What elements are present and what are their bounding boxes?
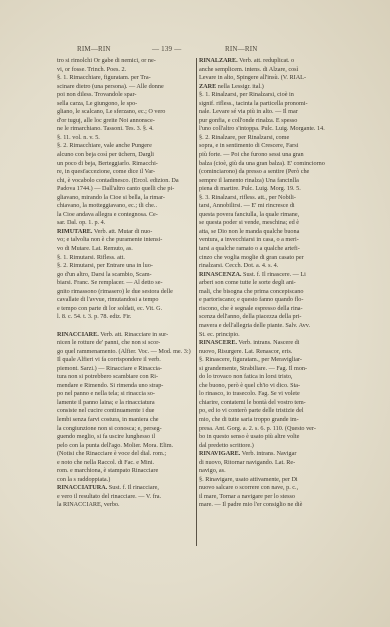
text-line: d'or tuguj, alle loc greite Noi annonsce… [57,117,194,126]
text-line: scenza dell'anno, della piacezza della p… [199,313,345,322]
text-line: RINACCIATURA. Sust. f. Il rinacciare, [57,484,194,493]
text-line: anche semplicem. intens. di Alzare, così [199,66,345,75]
text-line: l'uno coll'altro s'intoppa. Pulc. Luig. … [199,125,345,134]
text-line: questa povera fanciulla, la quale rimane… [199,211,345,220]
text-line: RIMUTARE. Verb. att. Mutar di nuo- [57,228,194,237]
text-line: do lo trovaco non fatica in lorsi tristo… [199,373,345,382]
text-line: nicen le rotture de' panni, che non si s… [57,339,194,348]
text-line: rom. e marchiona, è stampato Rinacciare [57,467,194,476]
text-line: la Cioe andava allegra e contegnosa. Ce- [57,211,194,220]
text-line: atta, se Dio non le manda qualche buona [199,228,345,237]
text-line: mali, che bisogna che prima concepiscano [199,288,345,297]
text-line: arberi son come tutte le sorte degli ani… [199,279,345,288]
text-line: gliano, le scalcano, Le sferzano, ec.; O… [57,108,194,117]
text-line: po, ed io vi conterò parte delle tristiz… [199,407,345,416]
text-line: la congiunzione non si conosca; e, perse… [57,425,194,434]
text-line: sella carza, Le giungono, le spo- [57,100,194,109]
text-line: rinalzarsi. Cecch. Dot. a. 4. s. 4. [199,262,345,271]
text-line: RINALZARE. Verb. att. reduplicat. o [199,57,345,66]
headword: ZARE [199,83,216,90]
text-line: balza (cioè, giù da una gran balza). E' … [199,160,345,169]
text-line: RINASCERE. Verb. intrans. Nascere di [199,339,345,348]
text-line: guendo meglio, si fa uscire lunghesso il [57,433,194,442]
text-line: l. 8. c. 54. t. 3. p. 78. ediz. Fir. [57,313,194,322]
text-line: St. ec. principio. [199,331,345,340]
headword: RINALZARE. [199,57,238,64]
text-line: ventura, a invecchiarsi in casa, o a mer… [199,236,345,245]
text-line: chiavano, la motteggiavano, ec.; tli che… [57,202,194,211]
text-line: mare. — Il padre mio l'er consiglio ne d… [199,501,345,510]
text-line: riscono, che è segnale espresso della ri… [199,305,345,314]
text-line: si grandemente, Strabiliare. — Fag. Il m… [199,365,345,374]
text-line: il mare, Tornar a navigare per lo stesso [199,493,345,502]
text-line: go d'un altro, Darsi la scambio, Scam- [57,271,194,280]
dictionary-page: RIM—RIN — 139 — RIN—RIN tro si rimolchi … [0,0,390,627]
text-line: e partoriscano; e questo fanno quando fl… [199,296,345,305]
text-line: §. 2. Rimutarsi, per Entrare una in luo- [57,262,194,271]
left-column: tro si rimolchi Or gabe di nemici, or ne… [57,57,194,510]
text-line: pur gonfia, e coll'onde rinalza. E spess… [199,117,345,126]
text-line: alcuno con beja così per üchern, Dargli [57,151,194,160]
text-line: Il quale Alfieri vi fa corrispondere il … [57,356,194,365]
text-line: RINAVIGARE. Verb. intrans. Navigar [199,450,345,459]
text-line: nuovo, Risurgere. Lat. Renascor, eris. [199,348,345,357]
header-right-guide-words: RIN—RIN [225,45,258,53]
headword: RINAVIGARE. [199,450,240,457]
text-line: vo di Mutare. Lat. Remuto, as. [57,245,194,254]
text-line: e vero il resultato del rinacciare. — V.… [57,493,194,502]
text-line: Padova 1744.) — Dall'altro canto quelli … [57,185,194,194]
text-line: (cominciarono) da presso a sentire (Però… [199,168,345,177]
headword: RINASCERE. [199,339,237,346]
text-line: poi non diless. Trovandole spar- [57,91,194,100]
headword: RINACCIATURA. [57,484,107,491]
text-line: §. 3. Rinalzarsi, rifless. att., per Nob… [199,194,345,203]
text-line: §. 1. Rinalzarsi, per Rinalzarsi, cioè i… [199,91,345,100]
text-line: ZARE nella Lessigr. ital.) [199,83,345,92]
text-line: biarsi. Franc. Se remplacer. — Al detto … [57,279,194,288]
text-line: nuovo salcare o scorrere con nave, p. c.… [199,484,345,493]
text-line: mendare e Rimendo. Si rimenda uno strap- [57,382,194,391]
column-divider [196,58,197,546]
text-line: RINASCENZA. Sust. f. Il rinascere. — Li [199,271,345,280]
text-line: chiarire, contatemi le bontà del vostro … [199,399,345,408]
right-column: RINALZARE. Verb. att. reduplicat. oanche… [199,57,345,510]
text-line: lembi senza farvi costura, in maniera ch… [57,416,194,425]
text-line: re, in quest'accezione, come dice il Var… [57,168,194,177]
text-line: sopra, e in sentimento di Crescere, Fars… [199,142,345,151]
text-line: la RINACCIARE, verbo. [57,501,194,510]
text-line: con la s raddoppiata.) [57,476,194,485]
text-line: mio, che di tutte saria troppo grande im… [199,416,345,425]
text-line: gliavano, mirando la Cioe si bella, la r… [57,194,194,203]
text-line: go quel rammenamento. (Alfier. Voc. — Mo… [57,348,194,357]
text-line: dal predetto scrittore.) [199,442,345,451]
text-line: §. 2. Rinalzare, per Rinalzarsi, come [199,134,345,143]
text-line: e noto che nella Raccol. di Fac. e Mini. [57,459,194,468]
text-line: cavallate di l'avvue, rimutandosi a temp… [57,296,194,305]
text-line: Levare in alto, Spingere all'insù. (V. R… [199,74,345,83]
text-line: RINACCIARE. Verb. att. Rinacciare in sur… [57,331,194,340]
text-line: bo in questo senso è usato più altre vol… [199,433,345,442]
text-line: nale. Levare sé via più in alto. — Il ma… [199,108,345,117]
text-line: vo; e talvolta non è che puramente inten… [57,236,194,245]
text-line: navigo, as. [199,467,345,476]
text-line: tarsi a qualche ramato o a qualche artef… [199,245,345,254]
text-line: sar. Dal. op. 1. p. 4. [57,219,194,228]
text-line: §. 11. vol. n. v. 5. [57,134,194,143]
text-line: tura non si potrebbero scambiare con Ri- [57,373,194,382]
text-line: pelo con la punta dell'ago. Molier. Mora… [57,442,194,451]
text-line: lo rinasco, io trasecolo. Fag. Se vi vol… [199,390,345,399]
text-line: (Notisi che Rinacciare è voce del dial. … [57,450,194,459]
text-line: ne le rimarchiano. Tassoni. Tes. 3. §. 4… [57,125,194,134]
headword: RINASCENZA. [199,271,241,278]
page-number: — 139 — [152,45,181,53]
text-line: tro si rimolchi Or gabe di nemici, or ne… [57,57,194,66]
text-line: tarsi, Annobilirsi. — E' mi rincresce di [199,202,345,211]
text-line: di nuovo, Ritornar navigando. Lat. Re- [199,459,345,468]
text-line: lamente il panno laina; e la rinacciatur… [57,399,194,408]
text-line: e tempo con parte di lor soldati, ec. Vi… [57,305,194,314]
text-line: che buono, però è quel ch'io vi dico. St… [199,382,345,391]
text-line [57,322,194,331]
text-line: piemont. Sarzi.) — Rinacciare e Rinaccia… [57,365,194,374]
text-line: chi, è vocabolo contadinesco. (Ercol. ed… [57,177,194,186]
text-line: §. Rinavigare, usato attivamente, per Di [199,476,345,485]
text-line: §. 1. Rimacchiare, figuratam. per Tra- [57,74,194,83]
header-left-guide-words: RIM—RIN [77,45,111,53]
text-line: scinare dietro (una persona). — Alle don… [57,83,194,92]
text-line: cinzo che voglia moglie di gran casato p… [199,254,345,263]
running-header: RIM—RIN — 139 — RIN—RIN [60,45,345,57]
text-line: §. 1. Rimutarsi. Rifless. att. [57,254,194,263]
text-line: presa. Ant. Gorg. a. 2. s. 6. p. 110. (Q… [199,425,345,434]
headword: RIMUTARE. [57,228,92,235]
headword: RINACCIARE. [57,331,99,338]
text-line: §. 2. Rimacchiare, vale anche Pungere [57,142,194,151]
text-line: piena di martire. Pulc. Luig. Morg. 19. … [199,185,345,194]
text-line: mavera e dell'allegria delle piante. Sal… [199,322,345,331]
text-line: sempre il lamento rinalza) Una fancinlla [199,177,345,186]
text-line: un poco di beja, Berteggiarlo. Rimacchi- [57,160,194,169]
text-line: se questa poder si vende, meschina; ed è [199,219,345,228]
text-line: gnito rimassono (rimasero) le due sestor… [57,288,194,297]
text-line: vi, or fosse. Trinch. Poes. 2. [57,66,194,75]
text-line: §. Rinascere, figuratam., per Meraviglia… [199,356,345,365]
text-line: po nel panno e nella tela; si rinaccia s… [57,390,194,399]
text-line: signif. rifless., tacinta la particella … [199,100,345,109]
text-line: consiste nel cucire continuamente i due [57,407,194,416]
text-line: più forte. — Poi che furono sessi una gr… [199,151,345,160]
